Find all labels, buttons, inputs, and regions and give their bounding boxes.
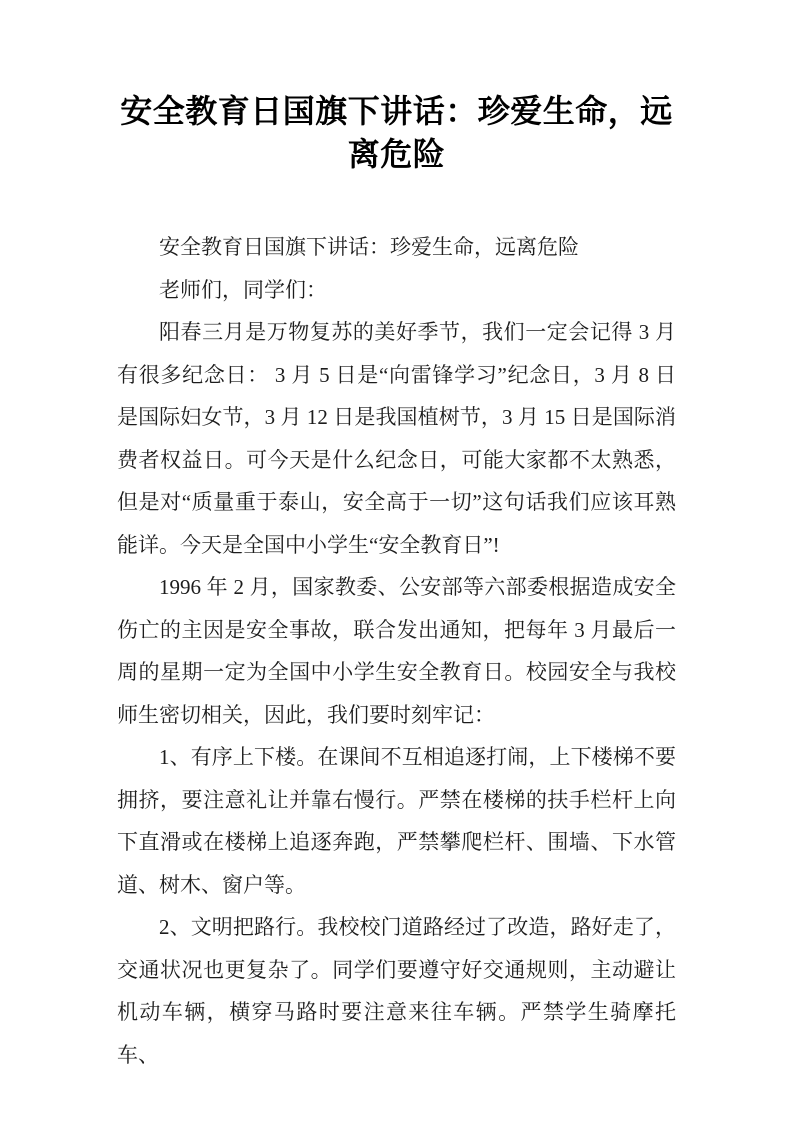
paragraph-rule-1: 1、有序上下楼。在课间不互相追逐打闹，上下楼梯不要拥挤，要注意礼让并靠右慢行。严…	[117, 736, 676, 906]
paragraph-rule-2: 2、文明把路行。我校校门道路经过了改造，路好走了，交通状况也更复杂了。同学们要遵…	[117, 906, 676, 1076]
document-body: 安全教育日国旗下讲话：珍爱生命，远离危险 老师们，同学们： 阳春三月是万物复苏的…	[117, 226, 676, 1076]
paragraph-salutation: 老师们，同学们：	[117, 269, 676, 312]
paragraph-history: 1996 年 2 月，国家教委、公安部等六部委根据造成安全伤亡的主因是安全事故，…	[117, 566, 676, 736]
document-title: 安全教育日国旗下讲话：珍爱生命，远离危险	[117, 90, 676, 176]
document-page: 安全教育日国旗下讲话：珍爱生命，远离危险 安全教育日国旗下讲话：珍爱生命，远离危…	[0, 0, 793, 1122]
paragraph-subtitle: 安全教育日国旗下讲话：珍爱生命，远离危险	[117, 226, 676, 269]
paragraph-intro: 阳春三月是万物复苏的美好季节，我们一定会记得 3 月有很多纪念日： 3 月 5 …	[117, 311, 676, 566]
